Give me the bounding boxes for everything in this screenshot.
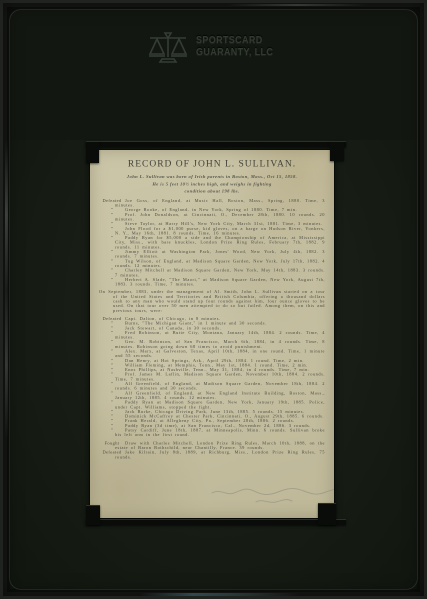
- record-text: Jimmy Elliott at Washington Park, Jones'…: [115, 249, 325, 259]
- card-title: RECORD OF JOHN L. SULLIVAN.: [99, 159, 325, 170]
- record-text: Paddy Ryan for $5,000 a side and the Cha…: [115, 235, 325, 249]
- graded-card-photo: SPORTSCARD GUARANTY, LLC RECORD OF JOHN …: [0, 0, 427, 599]
- record-text: Herbert A. Slade, "The Maori," at Madiso…: [115, 277, 325, 287]
- plastic-glint-top: [227, 4, 367, 6]
- grader-brand-text: SPORTSCARD GUARANTY, LLC: [196, 35, 273, 59]
- record-list-closing: FoughtDraw with Charles Mitchell, London…: [99, 441, 325, 460]
- card-printed-back: RECORD OF JOHN L. SULLIVAN. John L. Sull…: [90, 150, 334, 459]
- record-text: Prof. John Donaldson, at Cincinnati, O.,…: [115, 212, 325, 222]
- intro-line-3: condition about 198 lbs.: [99, 188, 325, 195]
- record-text: Alex. Marx, at Galveston, Texas, April 1…: [115, 348, 325, 358]
- record-text: Patsy Cardiff, June 18th, 1887, at Minne…: [115, 428, 325, 438]
- record-text: Prof. James M. Laflin, Madison Square Ga…: [115, 372, 325, 382]
- record-text: John Flood for a $1,000 purse, kid glove…: [115, 226, 325, 236]
- record-entry: ”Paddy Ryan for $5,000 a side and the Ch…: [99, 236, 325, 250]
- card: RECORD OF JOHN L. SULLIVAN. John L. Sull…: [90, 150, 334, 518]
- scales-icon: [145, 30, 191, 64]
- card-holder-tab-top-right: [330, 141, 344, 161]
- record-list-early: DefeatedJoe Goss, of England, at Music H…: [99, 198, 325, 286]
- record-list-tour: DefeatedCapt. Dalton, of Chicago, in 8 m…: [99, 316, 325, 437]
- record-entry: DefeatedJake Kilrain, July 8th, 1889, at…: [99, 450, 325, 459]
- card-holder-tab-bottom-right: [318, 503, 336, 525]
- record-text: Alf Greenfield, of England, at New Engla…: [115, 390, 325, 400]
- card-intro: John L. Sullivan was born of Irish paren…: [99, 173, 325, 195]
- plastic-glint-bottom: [140, 593, 300, 596]
- grader-brand-line2: GUARANTY, LLC: [196, 47, 273, 59]
- plastic-glint-left: [5, 140, 8, 440]
- record-text: Joe Goss, of England, at Music Hall, Bos…: [115, 198, 325, 208]
- card-holder-tab-top-left: [86, 141, 99, 163]
- record-text: Alf Greenfield, of England, at Madison S…: [115, 381, 325, 391]
- pencil-scribble: [208, 484, 334, 508]
- record-text: Paddy Ryan at Madison Square Garden, New…: [115, 400, 325, 410]
- card-holder-tab-bottom-left: [86, 505, 100, 525]
- record-entry: ”Herbert A. Slade, "The Maori," at Madis…: [99, 277, 325, 286]
- record-entry: ”Patsy Cardiff, June 18th, 1887, at Minn…: [99, 428, 325, 437]
- record-text: Draw with Charles Mitchell, London Prize…: [115, 440, 325, 450]
- record-text: Charley Mitchell at Madison Square Garde…: [115, 268, 325, 278]
- intro-line-2: He is 5 feet 10½ inches high, and weighs…: [99, 180, 325, 187]
- grader-brand-line1: SPORTSCARD: [196, 35, 273, 47]
- record-text: Jake Kilrain, July 8th, 1889, at Richbur…: [115, 450, 325, 460]
- card-holder-bracket-top: [86, 141, 346, 147]
- record-text: Fred Robinson, at Butte City, Montana, J…: [115, 330, 325, 340]
- card-holder-bracket-bottom: [86, 519, 346, 525]
- record-text: Tug Wilson, of England, at Madison Squar…: [115, 258, 325, 268]
- record-text: Geo. M. Robinson, of San Francisco, Marc…: [115, 339, 325, 349]
- intro-line-1: John L. Sullivan was born of Irish paren…: [99, 173, 325, 180]
- tour-paragraph: On September, 1883, under the management…: [99, 290, 325, 313]
- grader-brand: SPORTSCARD GUARANTY, LLC: [0, 30, 427, 64]
